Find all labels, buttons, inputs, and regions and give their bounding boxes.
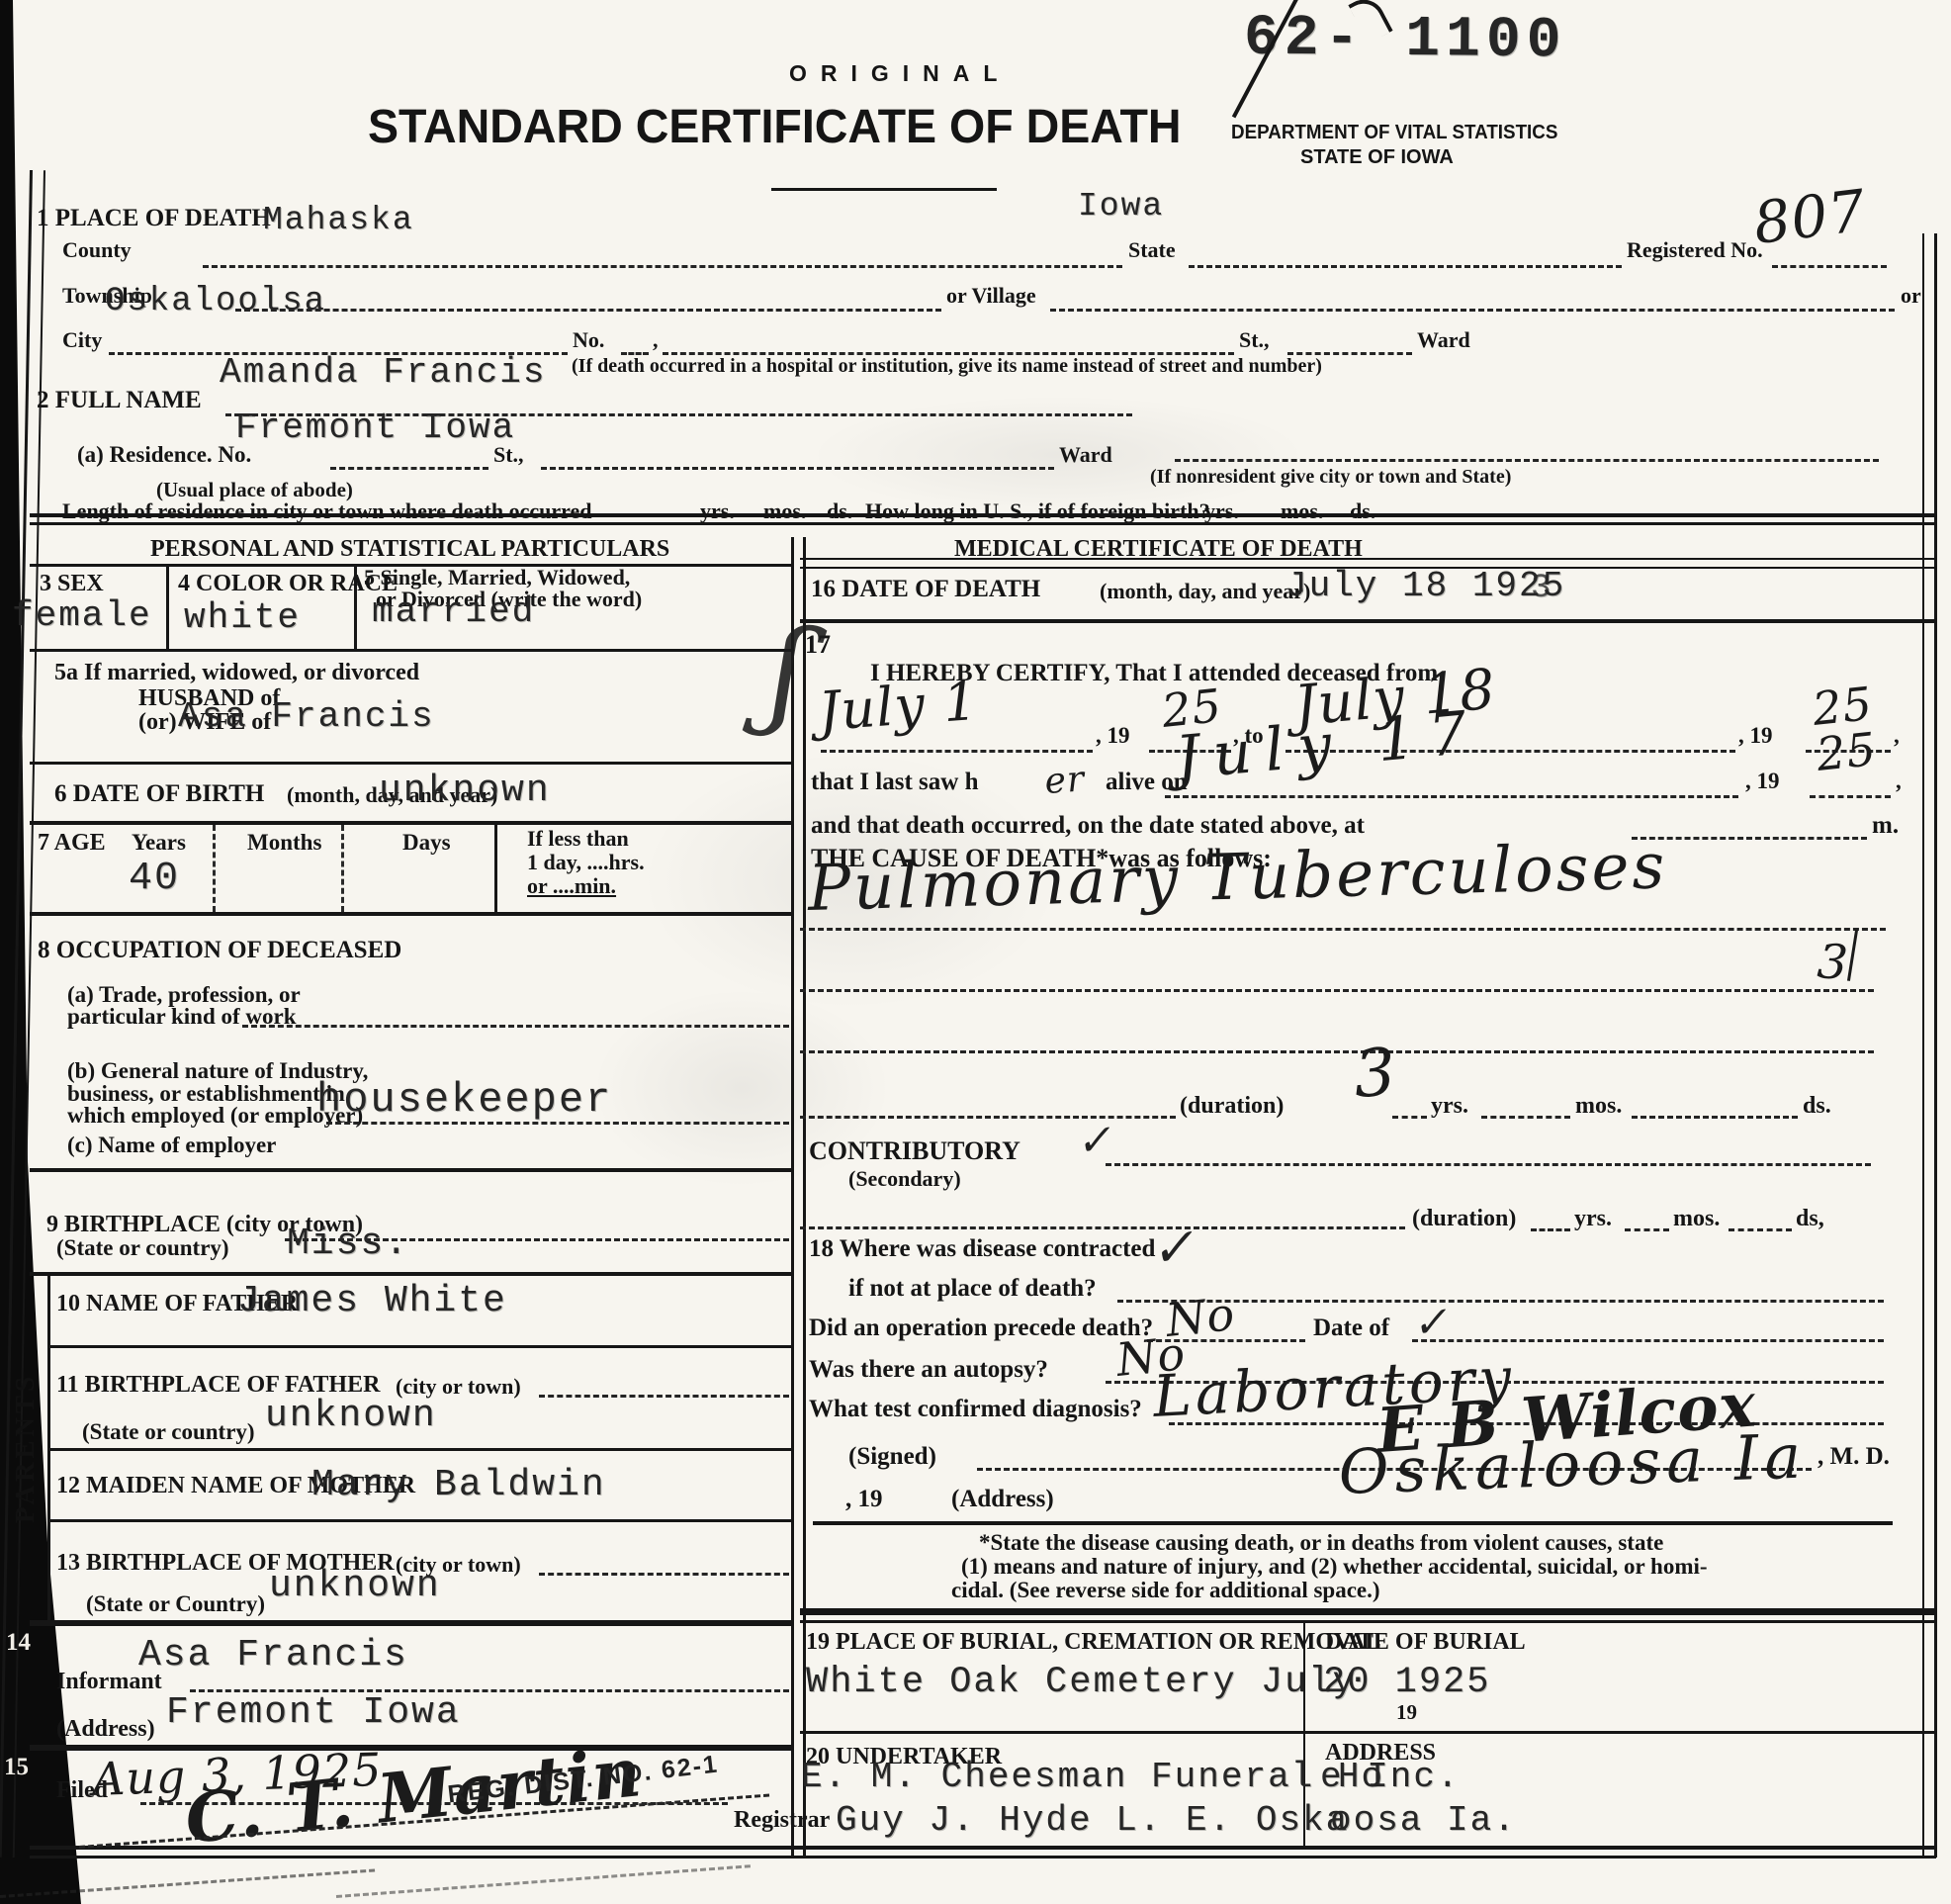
page-title: STANDARD CERTIFICATE OF DEATH [368,103,1182,152]
personal-section-header: PERSONAL AND STATISTICAL PARTICULARS [150,537,669,562]
cause-line-1 [800,906,1886,931]
county-value: Mahaska [263,202,414,238]
abode-note: (Usual place of abode) [156,479,353,500]
burial-row-bottom [800,1731,1936,1734]
state-label: State [1128,238,1176,261]
duration2-ds: ds, [1796,1207,1824,1231]
city-label: City [62,328,102,351]
death-occurred-blank [1632,815,1867,840]
footnote-line2: (1) means and nature of injury, and (2) … [961,1555,1708,1579]
age-years-value: 40 [129,857,180,901]
place-of-death-label: 1 PLACE OF DEATH [37,206,271,231]
last-saw-comma: , [1896,770,1902,793]
physician-address: Oskaloosa Ia [1337,1420,1808,1508]
informant-number: 14 [6,1630,31,1656]
contributory-label: CONTRIBUTORY [809,1137,1020,1164]
burial-date-value: 20 1925 [1323,1662,1490,1703]
duration2-label: (duration) [1412,1207,1516,1231]
sex-value: female [12,595,152,636]
birthplace-value: Miss. [287,1223,409,1265]
test-label: What test confirmed diagnosis? [809,1397,1142,1422]
birthplace-sub: (State or country) [56,1236,229,1260]
marital-label-1: 5 Single, Married, Widowed, [364,566,630,589]
duration1-label: (duration) [1180,1094,1284,1119]
city-no-label: No. [573,328,604,351]
nonresident-note: (If nonresident give city or town and St… [1150,467,1511,488]
duration1-line-c [1632,1094,1798,1119]
death-certificate-scan: 62- 1100 ORIGINAL STANDARD CERTIFICATE O… [0,0,1951,1904]
us-yrs: yrs. [1204,499,1239,522]
sex-race-divider [166,564,169,651]
certify-19b: , 19 [1738,724,1773,748]
disease-contracted-line2: if not at place of death? [848,1276,1097,1302]
birth-date-label: 6 DATE OF BIRTH [54,781,264,807]
length-yrs: yrs. [700,499,735,522]
father-bp-row-bottom [47,1448,791,1451]
certify-19a: , 19 [1096,724,1130,748]
last-saw-year: 25 [1814,722,1879,781]
attended-line-a [821,728,1093,753]
parents-label: PARENTS [10,1373,41,1523]
county-label: County [62,238,132,261]
residence-label: (a) Residence. No. [77,443,251,467]
spouse-label: 5a If married, widowed, or divorced [54,661,419,685]
township-or-label: or [1901,284,1921,307]
residence-value: Fremont Iowa [235,408,515,448]
hospital-note: (If death occurred in a hospital or inst… [572,356,1322,377]
age-col-divider-2 [341,825,344,912]
signed-label: (Signed) [848,1444,936,1470]
certify-comma: , [1894,724,1900,748]
duration2-line-a [1531,1207,1570,1231]
us-mos: mos. [1281,499,1323,522]
age-row-bottom [30,912,791,916]
undertaker-line2b: oosa Ia. [1330,1800,1517,1841]
duration2-line-c [1729,1207,1792,1231]
father-birthplace-sub2: (State or country) [82,1420,255,1444]
city-line2 [663,330,1234,355]
residence-line [330,445,488,470]
death-date-row-bottom [800,619,1936,623]
contributory-line [1106,1141,1871,1166]
sex-row-bottom [30,649,791,652]
cause-line-3 [800,1029,1874,1053]
occupation-row-bottom [30,1168,791,1172]
age-months-label: Months [247,831,321,855]
stamp-file-number: 62- 1100 [1244,7,1567,74]
residence-line2 [541,445,1054,470]
address-19-label: , 19 [845,1487,883,1512]
m-label: m. [1872,813,1899,839]
occupation-b-line [326,1100,789,1125]
header-rule-2 [30,522,1936,525]
registered-no-line [1772,243,1887,268]
bottom-rule-2 [30,1856,1936,1859]
township-line [235,287,941,312]
undertaker-line2: Guy J. Hyde L. E. Oska [836,1800,1349,1841]
father-value: James White [237,1280,507,1322]
state-line [1189,243,1622,268]
informant-line [190,1668,789,1692]
certify-19c: , 19 [1745,770,1780,793]
disease-contracted-check: ✓ [1150,1217,1202,1280]
mother-birthplace-sub2: (State or Country) [86,1592,265,1616]
death-date-sub: (month, day, and year) [1100,580,1310,602]
full-name-label: 2 FULL NAME [37,388,202,413]
operation-label: Did an operation precede death? [809,1315,1153,1341]
informant-label: Informant [56,1670,162,1694]
city-st-label: St., [1239,328,1270,351]
father-birthplace-line [539,1373,789,1398]
duration1-ds: ds. [1803,1094,1831,1119]
autopsy-label: Was there an autopsy? [809,1357,1048,1383]
length-mos: mos. [763,499,806,522]
duration1-lead-line [800,1094,1176,1119]
age-less-line1: If less than [527,827,629,850]
us-ds: ds. [1350,499,1375,522]
last-saw-prefix: that I last saw h [811,770,978,795]
burial-place-value: White Oak Cemetery July [806,1662,1357,1703]
operation-date-line [1412,1317,1884,1342]
spouse-value: Asa Francis [178,696,435,737]
cause-line-2 [800,967,1874,992]
birth-date-value: unknown [379,770,551,812]
burial-label: 19 PLACE OF BURIAL, CREMATION OR REMOVAL [806,1630,1381,1655]
occupation-c: (c) Name of employer [67,1133,276,1157]
duration1-line-b [1481,1094,1570,1119]
race-value: white [184,597,301,638]
city-comma: , [653,328,659,351]
city-st-line [1287,330,1412,355]
father-row-bottom [47,1345,791,1348]
death-date-label: 16 DATE OF DEATH [811,577,1040,602]
duration2-yrs: yrs. [1574,1207,1612,1231]
burial-top-rule2 [800,1620,1936,1623]
duration1-yrs: yrs. [1431,1094,1468,1119]
how-long-us-label: How long in U. S., if of foreign birth? [865,499,1210,522]
father-birthplace-value: unknown [265,1395,437,1437]
mother-birthplace-value: unknown [269,1565,441,1607]
occupation-label: 8 OCCUPATION OF DECEASED [38,938,401,963]
department-line1: DEPARTMENT OF VITAL STATISTICS [1231,123,1557,143]
scan-diagonal-3 [336,1864,751,1898]
sex-label: 3 SEX [40,572,104,596]
footnote-line1: *State the disease causing death, or in … [979,1531,1663,1555]
disease-contracted-label: 18 Where was disease contracted [809,1236,1155,1262]
informant-address-label: (Address) [56,1717,155,1742]
marital-value: married [372,591,535,632]
length-of-residence-label: Length of residence in city or town wher… [62,499,591,522]
spouse-row-bottom [30,762,791,765]
md-label: , M. D. [1818,1444,1890,1470]
undertaker-line1b: e Inc. [1320,1757,1461,1797]
age-less-line2: 1 day, ....hrs. [527,851,645,873]
duration1-line-a [1392,1094,1427,1119]
residence-st-label: St., [493,443,524,466]
burial-date-label: DATE OF BURIAL [1325,1630,1526,1655]
original-label: ORIGINAL [789,61,1011,85]
title-underline [771,188,997,191]
address-label: (Address) [951,1487,1054,1512]
last-saw-her: er [1043,759,1086,802]
birthplace-row-bottom [30,1272,791,1276]
duration2-lead-line [800,1205,1405,1229]
length-ds: ds. [827,499,852,522]
city-no-line [621,330,649,355]
age-years-label: Years [132,831,186,855]
age-label: 7 AGE [38,831,106,856]
village-line [1050,287,1895,312]
full-name-value: Amanda Francis [220,352,546,393]
residence-ward-label: Ward [1059,443,1112,466]
age-col-divider-1 [213,825,216,912]
burial-19-small: 19 [1396,1701,1417,1723]
informant-address-value: Fremont Iowa [166,1691,461,1734]
header-rule-1 [30,513,1936,517]
last-saw-line-a [1165,773,1738,798]
death-occurred-line: and that death occurred, on the date sta… [811,813,1365,839]
contributory-sub: (Secondary) [848,1167,961,1190]
mother-row-bottom [47,1519,791,1522]
registered-no-label: Registered No. [1627,238,1763,261]
age-days-label: Days [402,831,451,855]
state-value: Iowa [1078,188,1164,225]
footnote-line3: cidal. (See reverse side for additional … [951,1579,1380,1602]
age-less-line3: or ....min. [527,874,616,897]
city-ward-label: Ward [1417,328,1470,351]
nonresident-line [1175,437,1879,462]
or-village-label: or Village [946,284,1036,307]
informant-row-bottom [30,1745,791,1751]
registrar-label: Registrar [734,1808,830,1833]
duration1-mos: mos. [1575,1094,1622,1119]
parents-block-bottom [30,1620,791,1626]
birth-row-bottom [30,821,791,825]
burial-top-rule1 [800,1608,1936,1615]
mother-value: Mary Baldwin [311,1464,606,1506]
duration2-line-b [1625,1207,1669,1231]
operation-date-label: Date of [1313,1315,1389,1341]
address-underrule [813,1521,1893,1525]
county-line [203,243,1122,268]
age-col-divider-3 [494,821,497,914]
department-line2: STATE OF IOWA [1300,147,1454,168]
filed-number: 15 [4,1755,29,1780]
bottom-rule-1 [30,1846,1936,1850]
right-col-top-rule1 [800,558,1936,560]
duration2-mos: mos. [1673,1207,1720,1231]
death-date-value: July 18 1925 [1286,566,1565,606]
undertaker-line1: E. M. Cheesman Funeral Ho [801,1757,1384,1797]
last-saw-line-b [1810,773,1891,798]
occupation-a-line [242,1003,789,1028]
mother-birthplace-line [539,1551,789,1576]
